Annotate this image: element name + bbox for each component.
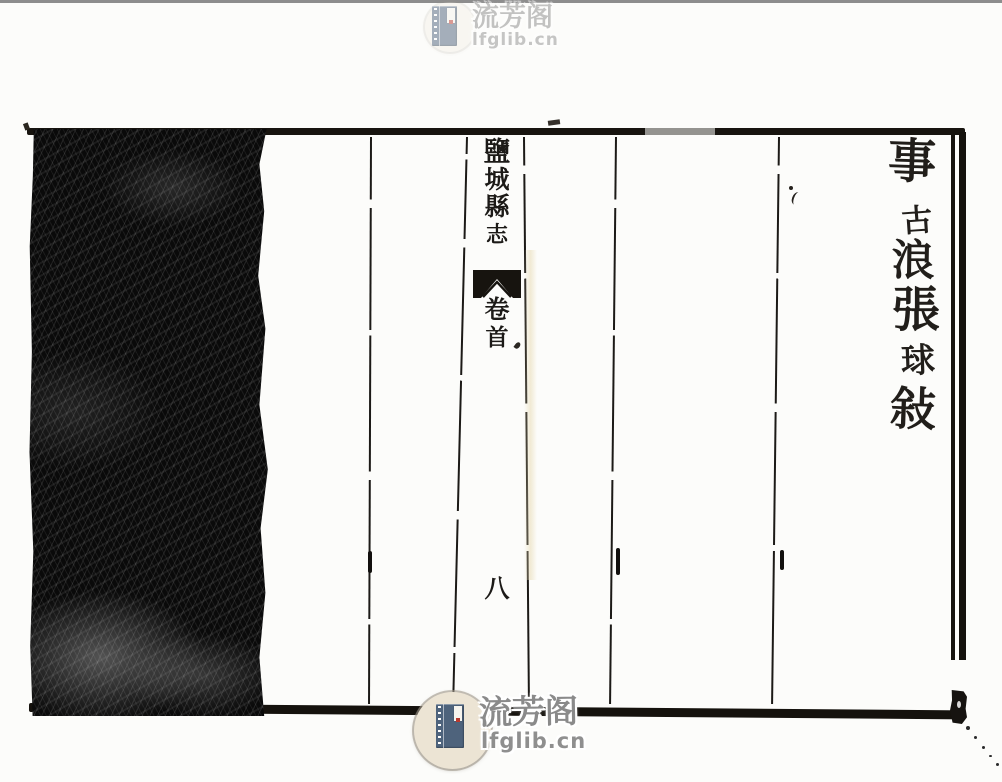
watermark-site-name: 流芳阁 xyxy=(479,696,579,731)
fishtail-icon xyxy=(472,270,522,300)
book-title-char-2: 城 xyxy=(471,168,523,193)
signature-char-1: 事 xyxy=(882,138,942,188)
watermark-site-url: lfglib.cn xyxy=(472,32,559,49)
signature-char-2: 古 xyxy=(887,203,947,238)
fold-crease xyxy=(524,250,537,580)
signature-char-6: 敍 xyxy=(883,386,943,434)
ink-nub xyxy=(780,550,784,570)
watermark-site-url: lfglib.cn xyxy=(481,731,586,752)
column-rule-1 xyxy=(368,137,372,704)
book-title-char-3: 縣 xyxy=(471,195,523,220)
book-title-char-4: 志 xyxy=(471,224,523,246)
ink-nub xyxy=(616,548,620,575)
signature-char-5: 球 xyxy=(888,344,947,380)
book-seal xyxy=(449,20,453,24)
signature-char-4: 張 xyxy=(887,287,945,335)
page-number: 八 xyxy=(471,577,523,602)
column-rule-2 xyxy=(452,137,468,704)
ink-speck xyxy=(996,763,999,766)
stray-ink-mark xyxy=(790,191,803,206)
column-rule-4 xyxy=(609,137,617,704)
page-frame-right-outer xyxy=(959,132,966,660)
column-rule-5 xyxy=(771,137,780,704)
ink-speck xyxy=(974,736,977,739)
ink-speck xyxy=(966,726,970,730)
stitched-book-icon xyxy=(432,6,457,46)
book-stitches xyxy=(438,706,441,746)
ink-smear-region xyxy=(29,129,269,716)
center-fold-column: 鹽 城 縣 志 卷 首 八 xyxy=(471,0,523,782)
watermark-site-name: 流芳阁 xyxy=(472,4,553,31)
stray-ink-dot xyxy=(789,186,793,190)
section-label-char-1: 卷 xyxy=(471,298,523,323)
ink-speck xyxy=(982,746,985,749)
stitched-book-icon xyxy=(436,704,464,748)
page-frame-top-faded-segment xyxy=(645,126,715,137)
page-frame-right-inner xyxy=(951,134,955,660)
book-spine-line xyxy=(439,6,440,46)
preface-signature-column: 事 古 浪 張 球 敍 xyxy=(885,0,943,782)
corner-ink-blot-highlight xyxy=(957,701,961,708)
book-title-char-1: 鹽 xyxy=(471,139,523,166)
scanned-page: 鹽 城 縣 志 卷 首 八 事 古 浪 張 球 敍 流芳阁 xyxy=(0,0,1002,782)
signature-char-3: 浪 xyxy=(884,239,943,283)
book-spine-line xyxy=(443,704,444,748)
book-stitches xyxy=(434,8,437,44)
ink-speck xyxy=(989,755,992,757)
ink-tick-mark xyxy=(548,119,561,126)
ink-nub xyxy=(368,551,372,573)
book-seal xyxy=(456,718,460,722)
